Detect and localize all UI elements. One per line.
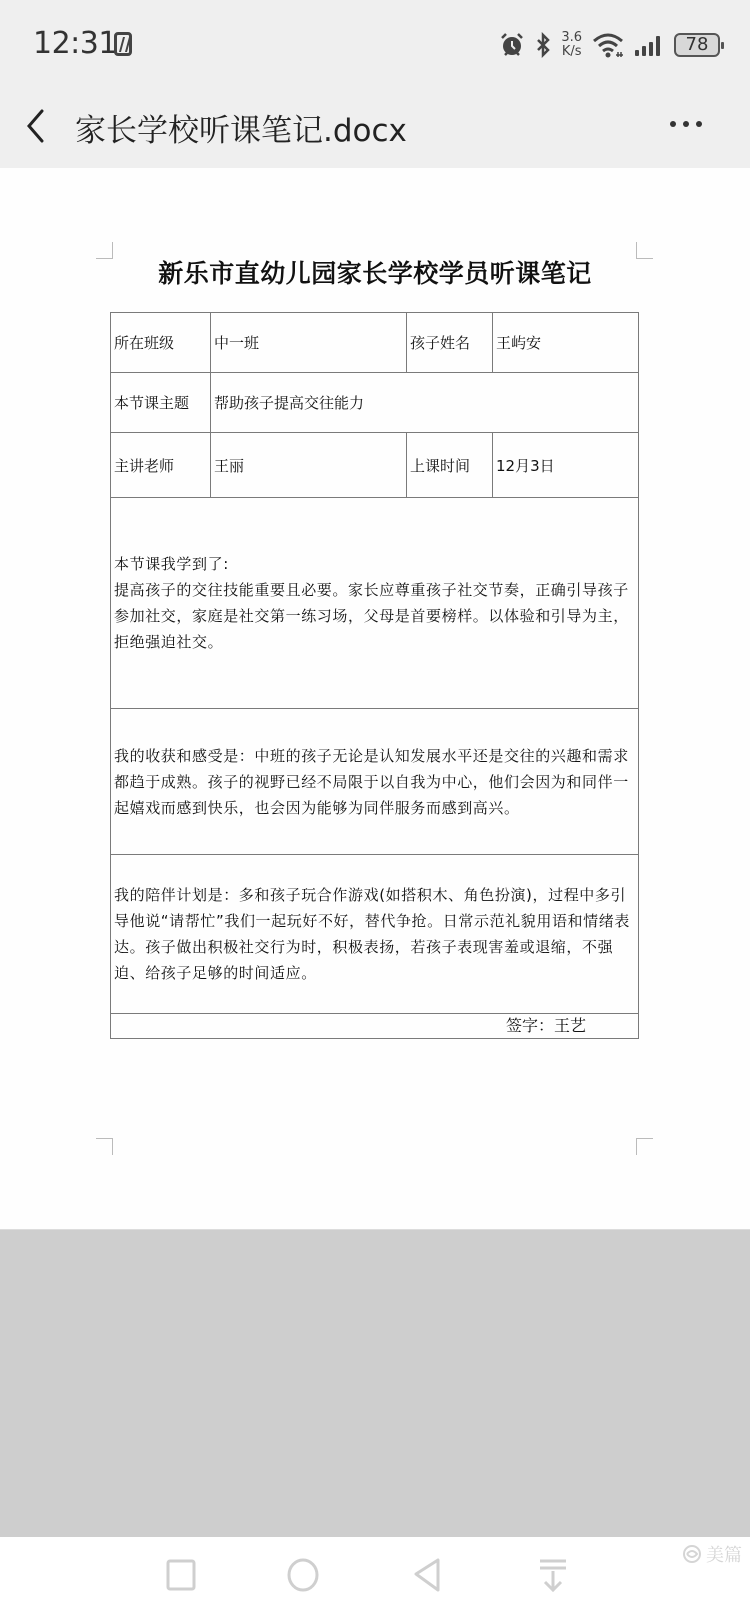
document-page[interactable]: 新乐市直幼儿园家长学校学员听课笔记 所在班级 中一班 孩子姓名 王屿安 本节课主… bbox=[0, 168, 750, 1229]
topic-label: 本节课主题 bbox=[111, 373, 211, 433]
child-name-value: 王屿安 bbox=[493, 313, 639, 373]
plan-text: 我的陪伴计划是：多和孩子玩合作游戏(如搭积木、角色扮演)，过程中多引导他说“请帮… bbox=[114, 882, 635, 986]
collapse-down-icon bbox=[535, 1557, 571, 1593]
bluetooth-icon bbox=[535, 32, 551, 58]
watermark-text: 美篇 bbox=[706, 1541, 742, 1567]
plan-section: 我的陪伴计划是：多和孩子玩合作游戏(如搭积木、角色扮演)，过程中多引导他说“请帮… bbox=[111, 855, 639, 1014]
viewer-background bbox=[0, 1229, 750, 1538]
wifi-icon bbox=[592, 32, 624, 58]
back-nav-button[interactable] bbox=[410, 1557, 446, 1593]
notes-table: 所在班级 中一班 孩子姓名 王屿安 本节课主题 帮助孩子提高交往能力 主讲老师 … bbox=[110, 312, 639, 1039]
learned-title: 本节课我学到了: bbox=[114, 551, 635, 577]
more-dot-icon bbox=[683, 121, 689, 127]
net-speed-value: 3.6 bbox=[561, 31, 582, 45]
table-row: 我的陪伴计划是：多和孩子玩合作游戏(如搭积木、角色扮演)，过程中多引导他说“请帮… bbox=[111, 855, 639, 1014]
class-date-value: 12月3日 bbox=[493, 433, 639, 498]
more-dot-icon bbox=[696, 121, 702, 127]
system-nav-bar: 美篇 bbox=[0, 1537, 750, 1614]
home-button[interactable] bbox=[285, 1557, 321, 1593]
document-title: 家长学校听课笔记.docx bbox=[75, 105, 407, 150]
network-speed: 3.6 K/s bbox=[561, 31, 582, 59]
collapse-button[interactable] bbox=[535, 1557, 571, 1593]
teacher-label: 主讲老师 bbox=[111, 433, 211, 498]
more-options-button[interactable] bbox=[670, 114, 710, 134]
signal-icon bbox=[634, 32, 664, 58]
recents-button[interactable] bbox=[163, 1557, 199, 1593]
feelings-section: 我的收获和感受是：中班的孩子无论是认知发展水平还是交往的兴趣和需求都趋于成熟。孩… bbox=[111, 709, 639, 855]
home-circle-icon bbox=[285, 1557, 321, 1593]
net-speed-unit: K/s bbox=[561, 45, 582, 59]
back-button[interactable] bbox=[22, 106, 52, 146]
table-row: 主讲老师 王丽 上课时间 12月3日 bbox=[111, 433, 639, 498]
feelings-text: 我的收获和感受是：中班的孩子无论是认知发展水平还是交往的兴趣和需求都趋于成熟。孩… bbox=[114, 743, 635, 821]
child-name-label: 孩子姓名 bbox=[407, 313, 493, 373]
table-row: 本节课主题 帮助孩子提高交往能力 bbox=[111, 373, 639, 433]
table-row: 我的收获和感受是：中班的孩子无论是认知发展水平还是交往的兴趣和需求都趋于成熟。孩… bbox=[111, 709, 639, 855]
table-row: 本节课我学到了: 提高孩子的交往技能重要且必要。家长应尊重孩子社交节奏，正确引导… bbox=[111, 498, 639, 709]
watermark: 美篇 bbox=[682, 1541, 742, 1567]
document-heading: 新乐市直幼儿园家长学校学员听课笔记 bbox=[0, 254, 750, 290]
page-corner-mark bbox=[636, 1138, 653, 1155]
chevron-left-icon bbox=[22, 106, 52, 146]
nfc-icon bbox=[114, 32, 132, 56]
more-dot-icon bbox=[670, 121, 676, 127]
signature: 签字：王艺 bbox=[111, 1014, 639, 1039]
alarm-icon bbox=[499, 32, 525, 58]
battery-icon: 78 bbox=[674, 33, 720, 57]
class-label: 所在班级 bbox=[111, 313, 211, 373]
class-date-label: 上课时间 bbox=[407, 433, 493, 498]
meipian-logo-icon bbox=[682, 1544, 702, 1564]
status-bar: 12:31 3.6 K/s 78 bbox=[0, 0, 750, 88]
learned-text: 提高孩子的交往技能重要且必要。家长应尊重孩子社交节奏，正确引导孩子参加社交，家庭… bbox=[114, 577, 635, 655]
class-value: 中一班 bbox=[211, 313, 407, 373]
back-triangle-icon bbox=[410, 1557, 446, 1593]
teacher-value: 王丽 bbox=[211, 433, 407, 498]
table-row: 所在班级 中一班 孩子姓名 王屿安 bbox=[111, 313, 639, 373]
title-bar: 家长学校听课笔记.docx bbox=[0, 88, 750, 168]
learned-section: 本节课我学到了: 提高孩子的交往技能重要且必要。家长应尊重孩子社交节奏，正确引导… bbox=[111, 498, 639, 709]
status-time: 12:31 bbox=[33, 26, 117, 61]
status-icons: 3.6 K/s 78 bbox=[499, 28, 720, 62]
topic-value: 帮助孩子提高交往能力 bbox=[211, 373, 639, 433]
table-row: 签字：王艺 bbox=[111, 1014, 639, 1039]
recents-square-icon bbox=[163, 1557, 199, 1593]
page-corner-mark bbox=[96, 1138, 113, 1155]
